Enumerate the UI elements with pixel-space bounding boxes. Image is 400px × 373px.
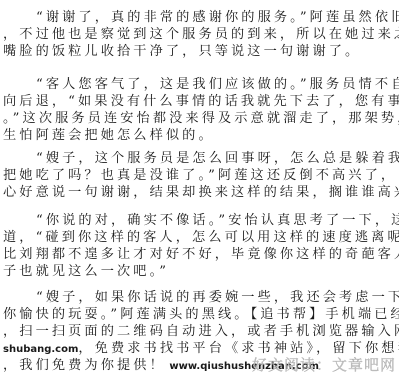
text-line: 把她吃了吗？也真是没谁了。”阿莲这还反倒不高兴了，自己好 <box>3 167 399 184</box>
text-line: 子也就见这么一次吧。” <box>3 263 399 280</box>
url-fragment: shubang.com <box>3 344 78 355</box>
text-line: 生怕阿莲会把她怎么样似的。 <box>3 127 399 144</box>
watermark: 好文阅读：文章吧网 <box>252 354 396 373</box>
text-line: 比刘翔都不遑多让才对好不好，毕竟像你这样的奇葩客人她这辈 <box>3 246 399 263</box>
text-segment: ，我们免费为你提供！ <box>3 358 166 373</box>
text-line-with-url: ，扫一扫页面的二维码自动进入，或者手机浏览器输入网址m.zhui <box>3 323 399 340</box>
text-line: “嫂子，如果你话说的再委婉一些，我还会考虑一下继续和 <box>3 289 399 306</box>
document-page: “谢谢了，真的非常的感谢你的服务。”阿莲虽然依旧在吃 ，不过他也是察觉到这个服务… <box>0 0 400 373</box>
text-line: “客人您客气了，这是我们应该做的。”服务员情不自禁的 <box>3 76 399 93</box>
text-line: 向后退，“如果没有什么事情的话我就先下去了，您有事就叫我 <box>3 93 399 110</box>
paragraph-2: “客人您客气了，这是我们应该做的。”服务员情不自禁的 向后退，“如果没有什么事情… <box>3 76 399 144</box>
paragraph-1: “谢谢了，真的非常的感谢你的服务。”阿莲虽然依旧在吃 ，不过他也是察觉到这个服务… <box>3 9 399 60</box>
text-line: “嫂子，这个服务员是怎么回事呀，怎么总是躲着我，我能 <box>3 150 399 167</box>
paragraph-4: “你说的对，确实不像话。”安怡认真思考了一下，这样说 道，“碰到你这样的客人，怎… <box>3 212 399 280</box>
text-line: “你说的对，确实不像话。”安怡认真思考了一下，这样说 <box>3 212 399 229</box>
text-line: 你愉快的玩耍。”阿莲满头的黑线。【追书帮】手机端已经完善 <box>3 306 399 323</box>
text-line: 。”这次服务员连安怡都没来得及示意就溜走了，那架势，像是 <box>3 110 399 127</box>
text-line: ，不过他也是察觉到这个服务员的到来，所以在她过来之前就把 <box>3 26 399 43</box>
text-segment: ，扫一扫页面的二维码自动进入，或者手机浏览器输入网址 <box>3 324 399 339</box>
text-line: 嘴脸的饭粒儿收拾干净了，只等说这一句谢谢了。 <box>3 43 399 60</box>
text-line: 心好意说一句谢谢，结果却换来这样的结果，搁谁谁高兴呀。 <box>3 184 399 201</box>
text-line: “谢谢了，真的非常的感谢你的服务。”阿莲虽然依旧在吃 <box>3 9 399 26</box>
text-line: 道，“碰到你这样的客人，怎么可以用这样的速度逃离呢，应该 <box>3 229 399 246</box>
paragraph-3: “嫂子，这个服务员是怎么回事呀，怎么总是躲着我，我能 把她吃了吗？也真是没谁了。… <box>3 150 399 201</box>
